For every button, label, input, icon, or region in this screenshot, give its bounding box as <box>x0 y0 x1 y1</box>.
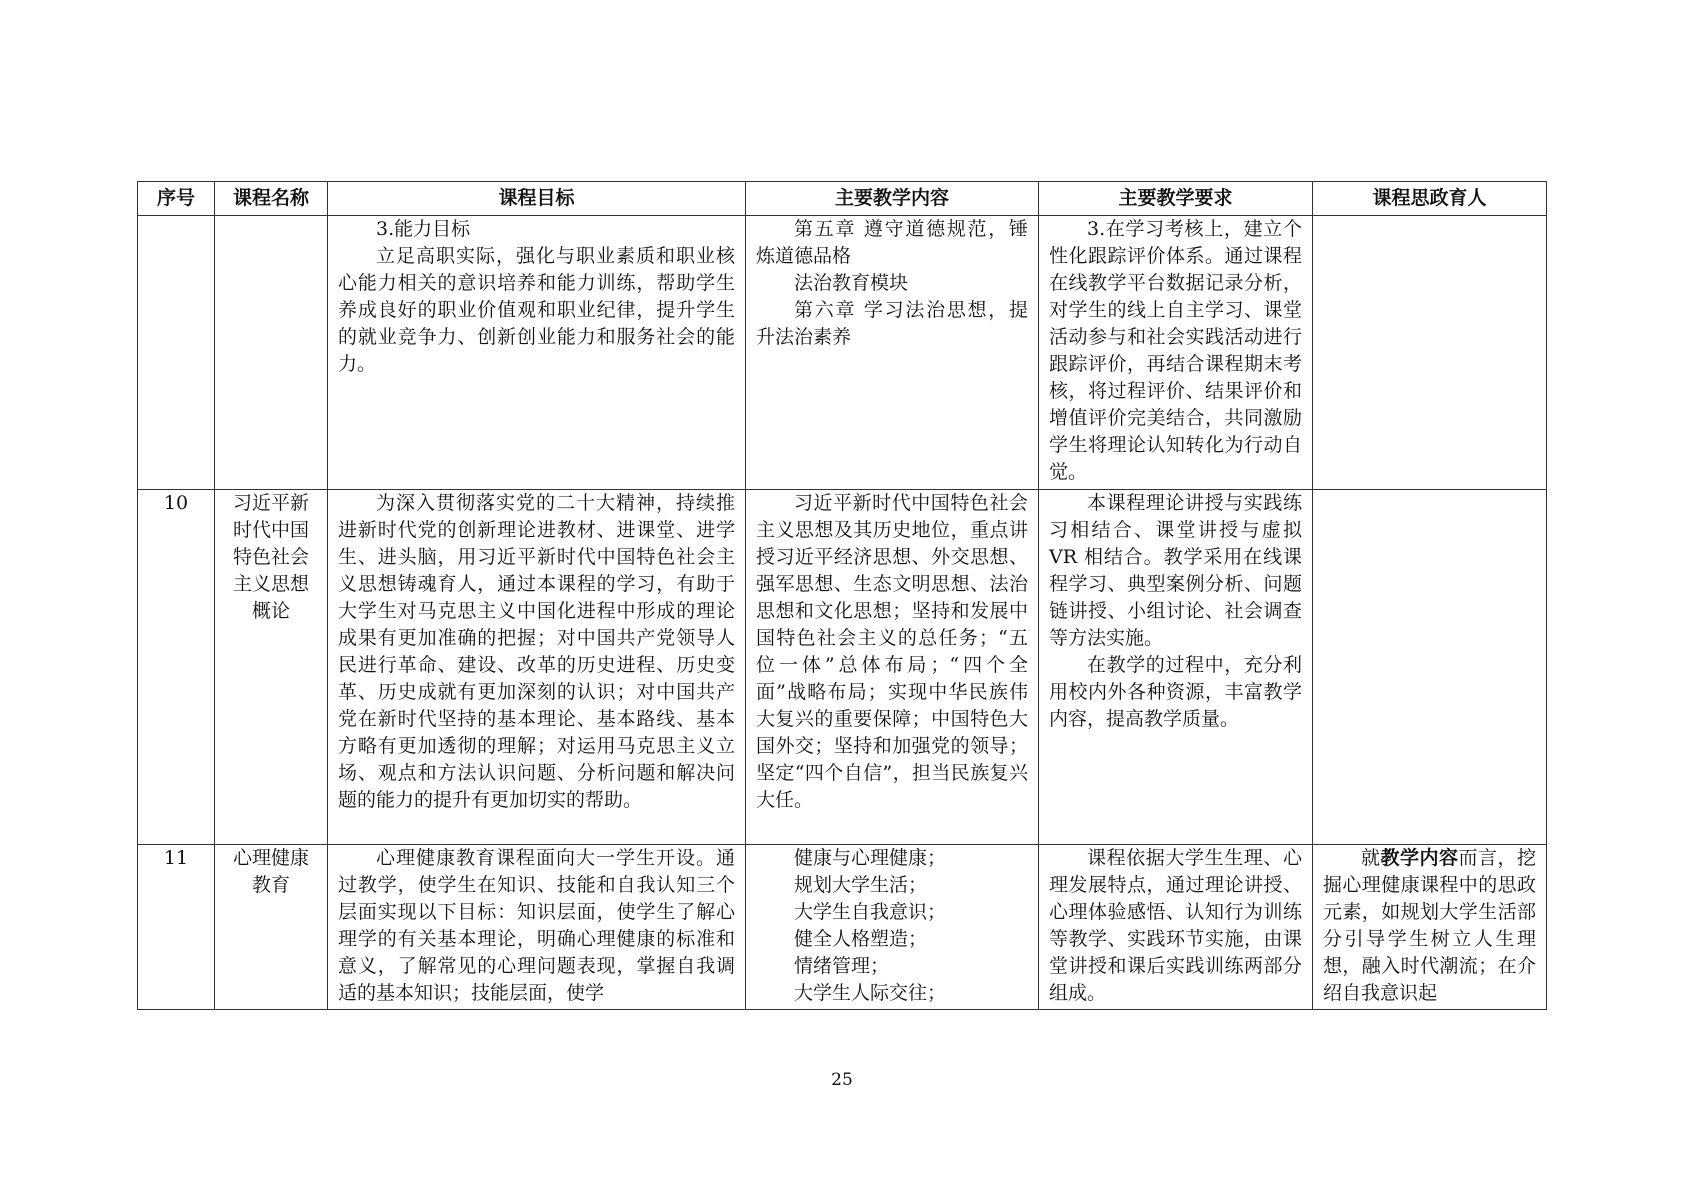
row-course-name: 习近平新时代中国特色社会主义思想概论 <box>215 490 328 845</box>
content-item: 第五章 遵守道德规范，锤炼道德品格 <box>756 216 1028 270</box>
content-item: 大学生自我意识； <box>756 899 1028 926</box>
header-main-requirement: 主要教学要求 <box>1039 182 1313 216</box>
goal-paragraph: 立足高职实际，强化与职业素质和职业核心能力相关的意识培养和能力训练，帮助学生养成… <box>338 243 735 378</box>
row-main-requirement: 3.在学习考核上，建立个性化跟踪评价体系。通过课程在线教学平台数据记录分析，对学… <box>1039 216 1313 490</box>
row-main-content: 习近平新时代中国特色社会主义思想及其历史地位，重点讲授习近平经济思想、外交思想、… <box>746 490 1039 845</box>
content-item: 第六章 学习法治思想，提升法治素养 <box>756 297 1028 351</box>
ideology-bold-term: 教学内容 <box>1381 847 1459 869</box>
table-row: 3.能力目标 立足高职实际，强化与职业素质和职业核心能力相关的意识培养和能力训练… <box>138 216 1547 490</box>
table-row: 11 心理健康教育 心理健康教育课程面向大一学生开设。通过教学，使学生在知识、技… <box>138 845 1547 1010</box>
requirement-paragraph: 课程依据大学生生理、心理发展特点，通过理论讲授、心理体验感悟、认知行为训练等教学… <box>1049 845 1302 1007</box>
header-main-content: 主要教学内容 <box>746 182 1039 216</box>
content-paragraph: 习近平新时代中国特色社会主义思想及其历史地位，重点讲授习近平经济思想、外交思想、… <box>756 490 1028 814</box>
document-page: 序号 课程名称 课程目标 主要教学内容 主要教学要求 课程思政育人 3.能力目标… <box>0 0 1684 1191</box>
row-course-goal: 为深入贯彻落实党的二十大精神，持续推进新时代党的创新理论进教材、进课堂、进学生、… <box>328 490 746 845</box>
table-row: 10 习近平新时代中国特色社会主义思想概论 为深入贯彻落实党的二十大精神，持续推… <box>138 490 1547 845</box>
row-main-content: 第五章 遵守道德规范，锤炼道德品格 法治教育模块 第六章 学习法治思想，提升法治… <box>746 216 1039 490</box>
requirement-paragraph: 在教学的过程中，充分利用校内外各种资源，丰富教学内容，提高教学质量。 <box>1049 652 1302 733</box>
content-item: 规划大学生活； <box>756 872 1028 899</box>
ideology-paragraph: 就教学内容而言，挖掘心理健康课程中的思政元素，如规划大学生活部分引导学生树立人生… <box>1323 845 1536 1007</box>
course-table: 序号 课程名称 课程目标 主要教学内容 主要教学要求 课程思政育人 3.能力目标… <box>137 181 1547 1010</box>
row-course-goal: 3.能力目标 立足高职实际，强化与职业素质和职业核心能力相关的意识培养和能力训练… <box>328 216 746 490</box>
header-course-goal: 课程目标 <box>328 182 746 216</box>
content-item: 健康与心理健康； <box>756 845 1028 872</box>
header-ideology: 课程思政育人 <box>1313 182 1547 216</box>
row-index <box>138 216 215 490</box>
row-course-goal: 心理健康教育课程面向大一学生开设。通过教学，使学生在知识、技能和自我认知三个层面… <box>328 845 746 1010</box>
requirement-paragraph: 3.在学习考核上，建立个性化跟踪评价体系。通过课程在线教学平台数据记录分析，对学… <box>1049 216 1302 486</box>
ideology-text: 而言，挖掘心理健康课程中的思政元素，如规划大学生活部分引导学生树立人生理想，融入… <box>1323 847 1536 1004</box>
row-course-name: 心理健康教育 <box>215 845 328 1010</box>
row-course-name <box>215 216 328 490</box>
header-course-name: 课程名称 <box>215 182 328 216</box>
ideology-prefix: 就 <box>1361 847 1381 869</box>
goal-paragraph: 为深入贯彻落实党的二十大精神，持续推进新时代党的创新理论进教材、进课堂、进学生、… <box>338 490 735 814</box>
content-item: 法治教育模块 <box>756 270 1028 297</box>
requirement-paragraph: 本课程理论讲授与实践练习相结合、课堂讲授与虚拟 VR 相结合。教学采用在线课程学… <box>1049 490 1302 652</box>
row-main-content: 健康与心理健康； 规划大学生活； 大学生自我意识； 健全人格塑造； 情绪管理； … <box>746 845 1039 1010</box>
row-ideology <box>1313 490 1547 845</box>
table-header-row: 序号 课程名称 课程目标 主要教学内容 主要教学要求 课程思政育人 <box>138 182 1547 216</box>
row-main-requirement: 本课程理论讲授与实践练习相结合、课堂讲授与虚拟 VR 相结合。教学采用在线课程学… <box>1039 490 1313 845</box>
row-main-requirement: 课程依据大学生生理、心理发展特点，通过理论讲授、心理体验感悟、认知行为训练等教学… <box>1039 845 1313 1010</box>
content-item: 健全人格塑造； <box>756 926 1028 953</box>
page-number: 25 <box>0 1070 1684 1090</box>
goal-subheading: 3.能力目标 <box>338 216 735 243</box>
header-index: 序号 <box>138 182 215 216</box>
row-index: 11 <box>138 845 215 1010</box>
content-item: 情绪管理； <box>756 953 1028 980</box>
row-ideology <box>1313 216 1547 490</box>
row-ideology: 就教学内容而言，挖掘心理健康课程中的思政元素，如规划大学生活部分引导学生树立人生… <box>1313 845 1547 1010</box>
goal-paragraph: 心理健康教育课程面向大一学生开设。通过教学，使学生在知识、技能和自我认知三个层面… <box>338 845 735 1007</box>
content-item: 大学生人际交往； <box>756 980 1028 1007</box>
row-index: 10 <box>138 490 215 845</box>
